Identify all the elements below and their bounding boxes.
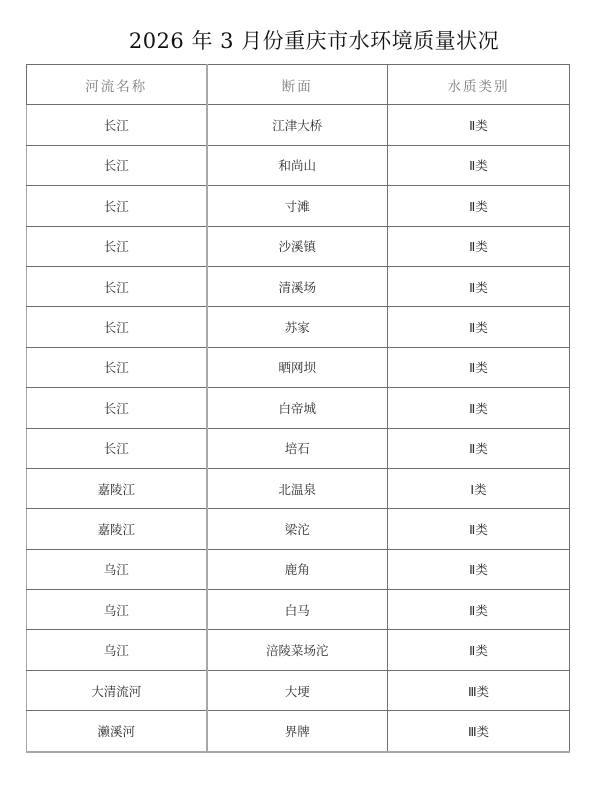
section-cell: 大埂 [207,670,388,710]
table-header-row: 河流名称 断面 水质类别 [27,65,570,105]
river-cell: 嘉陵江 [27,509,207,549]
river-cell: 嘉陵江 [27,468,207,508]
grade-cell: Ⅱ类 [388,307,570,347]
grade-cell: Ⅲ类 [388,670,570,710]
section-cell: 梁沱 [207,509,388,549]
section-cell: 鹿角 [207,549,388,589]
section-cell: 苏家 [207,307,388,347]
section-cell: 寸滩 [207,186,388,226]
river-cell: 长江 [27,266,207,306]
river-cell: 长江 [27,186,207,226]
grade-cell: Ⅱ类 [388,186,570,226]
header-water-grade: 水质类别 [388,65,570,105]
section-cell: 白马 [207,590,388,630]
table-row: 嘉陵江 北温泉 Ⅰ类 [27,468,570,508]
table-row: 长江 寸滩 Ⅱ类 [27,186,570,226]
table-row: 嘉陵江 梁沱 Ⅱ类 [27,509,570,549]
table-row: 长江 和尚山 Ⅱ类 [27,145,570,185]
section-cell: 晒网坝 [207,347,388,387]
section-cell: 和尚山 [207,145,388,185]
river-cell: 长江 [27,347,207,387]
header-section: 断面 [207,65,388,105]
grade-cell: Ⅱ类 [388,630,570,670]
river-cell: 长江 [27,428,207,468]
river-cell: 乌江 [27,590,207,630]
grade-cell: Ⅱ类 [388,145,570,185]
section-cell: 白帝城 [207,388,388,428]
grade-cell: Ⅱ类 [388,347,570,387]
table-row: 长江 沙溪镇 Ⅱ类 [27,226,570,266]
grade-cell: Ⅰ类 [388,468,570,508]
table-row: 长江 苏家 Ⅱ类 [27,307,570,347]
document-title: 2026 年 3 月份重庆市水环境质量状况 [0,26,600,56]
river-cell: 长江 [27,307,207,347]
river-cell: 大清流河 [27,670,207,710]
grade-cell: Ⅱ类 [388,266,570,306]
table-row: 大清流河 大埂 Ⅲ类 [27,670,570,710]
river-cell: 长江 [27,226,207,266]
river-cell: 长江 [27,105,207,145]
section-cell: 沙溪镇 [207,226,388,266]
water-quality-table: 河流名称 断面 水质类别 长江 江津大桥 Ⅱ类 长江 和尚山 Ⅱ类 长江 寸滩 … [26,64,570,753]
grade-cell: Ⅱ类 [388,549,570,589]
river-cell: 长江 [27,388,207,428]
grade-cell: Ⅱ类 [388,388,570,428]
table-row: 长江 白帝城 Ⅱ类 [27,388,570,428]
river-cell: 长江 [27,145,207,185]
table-row: 乌江 白马 Ⅱ类 [27,590,570,630]
river-cell: 乌江 [27,549,207,589]
grade-cell: Ⅱ类 [388,226,570,266]
header-river-name: 河流名称 [27,65,207,105]
table-row: 濑溪河 界牌 Ⅲ类 [27,711,570,752]
section-cell: 涪陵菜场沱 [207,630,388,670]
section-cell: 北温泉 [207,468,388,508]
table-row: 长江 江津大桥 Ⅱ类 [27,105,570,145]
grade-cell: Ⅱ类 [388,105,570,145]
section-cell: 界牌 [207,711,388,752]
grade-cell: Ⅲ类 [388,711,570,752]
section-cell: 江津大桥 [207,105,388,145]
grade-cell: Ⅱ类 [388,509,570,549]
section-cell: 培石 [207,428,388,468]
river-cell: 濑溪河 [27,711,207,752]
river-cell: 乌江 [27,630,207,670]
grade-cell: Ⅱ类 [388,428,570,468]
section-cell: 清溪场 [207,266,388,306]
table-row: 乌江 涪陵菜场沱 Ⅱ类 [27,630,570,670]
table-row: 长江 清溪场 Ⅱ类 [27,266,570,306]
grade-cell: Ⅱ类 [388,590,570,630]
table-row: 乌江 鹿角 Ⅱ类 [27,549,570,589]
table-row: 长江 培石 Ⅱ类 [27,428,570,468]
table-row: 长江 晒网坝 Ⅱ类 [27,347,570,387]
